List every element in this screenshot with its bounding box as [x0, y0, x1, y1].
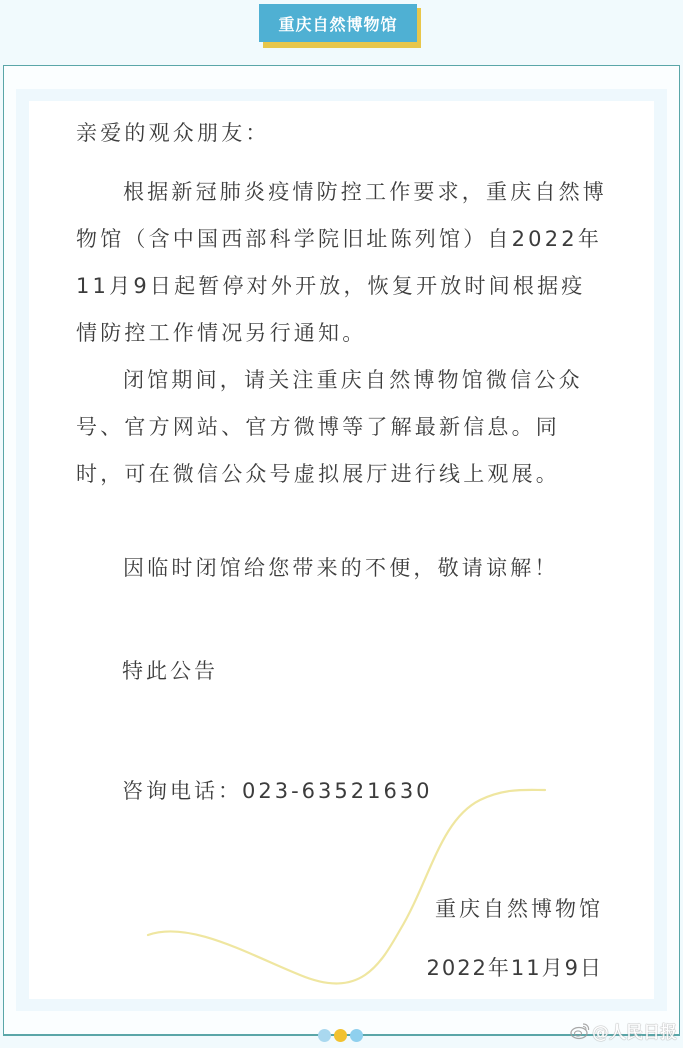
- weibo-icon: [570, 1022, 590, 1040]
- watermark: @人民日报: [570, 1018, 677, 1043]
- phone-line: 咨询电话：023-63521630: [122, 768, 433, 815]
- paragraph-follow-info: 闭馆期间，请关注重庆自然博物馆微信公众号、官方网站、官方微博等了解最新信息。同时…: [76, 357, 608, 498]
- signature-date: 2022年11月9日: [426, 945, 603, 992]
- paragraph-apology: 因临时闭馆给您带来的不便，敬请谅解！: [76, 545, 608, 592]
- badge-title: 重庆自然博物馆: [259, 4, 417, 42]
- paragraph-closure: 根据新冠肺炎疫情防控工作要求，重庆自然博物馆（含中国西部科学院旧址陈列馆）自20…: [76, 169, 608, 357]
- indicator-dot-3: [350, 1029, 363, 1042]
- signature-org: 重庆自然博物馆: [435, 886, 603, 933]
- notice-page: 重庆自然博物馆 亲爱的观众朋友： 根据新冠肺炎疫情防控工作要求，重庆自然博物馆（…: [0, 0, 683, 1048]
- greeting: 亲爱的观众朋友：: [76, 110, 608, 157]
- watermark-text: @人民日报: [592, 1018, 677, 1043]
- page-indicator: [318, 1029, 363, 1042]
- indicator-dot-1: [318, 1029, 331, 1042]
- closing-line: 特此公告: [122, 648, 218, 695]
- indicator-dot-2: [334, 1029, 347, 1042]
- title-badge: 重庆自然博物馆: [259, 4, 419, 44]
